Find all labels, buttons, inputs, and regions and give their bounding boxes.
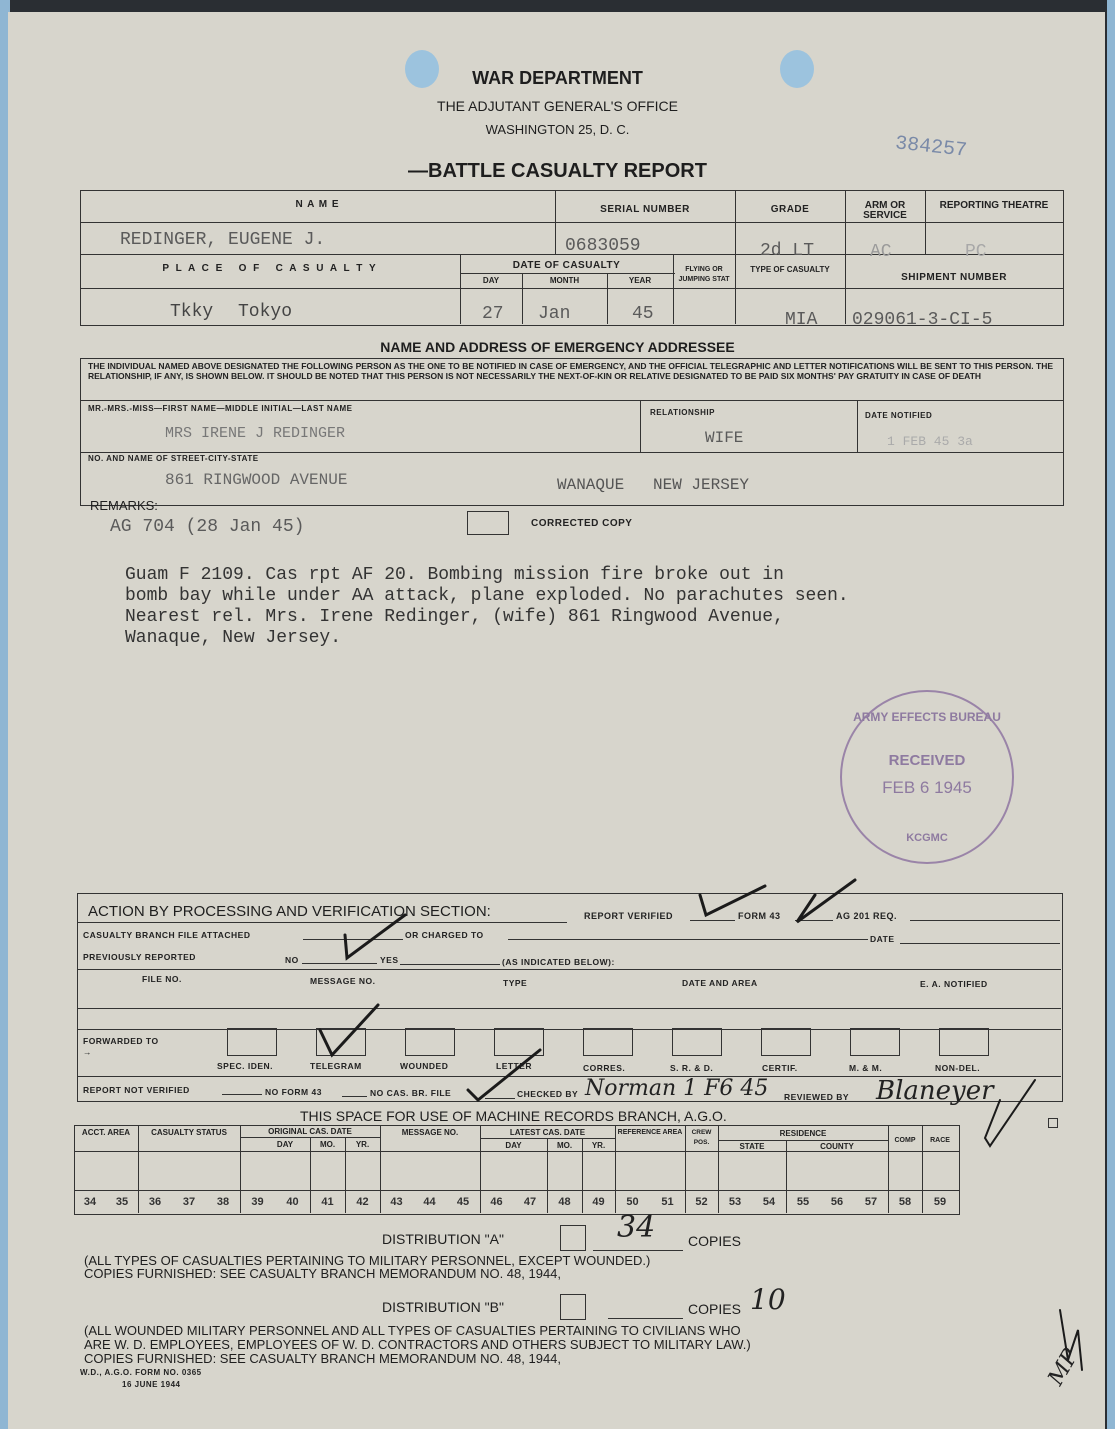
column-number: 53: [718, 1196, 752, 1208]
header-race: RACE: [922, 1136, 958, 1146]
distribution-a-furnished: COPIES FURNISHED: SEE CASUALTY BRANCH ME…: [84, 1266, 561, 1281]
column-number: 43: [380, 1196, 413, 1208]
column-number: 51: [650, 1196, 685, 1208]
column-number: 42: [345, 1196, 380, 1208]
column-number: 52: [685, 1196, 718, 1208]
distribution-b-copies-label: COPIES: [688, 1301, 741, 1317]
column-numbers-row: 34 35 36 37 38 39 40 41 42 43 44 45 46 4…: [74, 1196, 958, 1208]
distribution-b-furnished: COPIES FURNISHED: SEE CASUALTY BRANCH ME…: [84, 1351, 561, 1366]
column-number: 57: [854, 1196, 888, 1208]
subheader-state: STATE: [718, 1142, 786, 1152]
column-number: 44: [413, 1196, 446, 1208]
distribution-b-checkbox[interactable]: [560, 1294, 586, 1320]
subheader-latest-mo: MO.: [547, 1141, 582, 1151]
header-reference-area: REFERENCE AREA: [615, 1128, 685, 1138]
column-number: 58: [888, 1196, 922, 1208]
header-message-no: MESSAGE NO.: [390, 1128, 470, 1138]
column-number: 40: [275, 1196, 310, 1208]
distribution-b-note2: ARE W. D. EMPLOYEES, EMPLOYEES OF W. D. …: [84, 1337, 751, 1352]
header-casualty-status: CASUALTY STATUS: [138, 1128, 240, 1138]
header-crew-pos: CREW POS.: [685, 1128, 718, 1148]
header-comp: COMP: [888, 1136, 922, 1146]
header-acct-area: ACCT. AREA: [74, 1128, 138, 1138]
form-number: W.D., A.G.O. FORM NO. 0365: [80, 1368, 202, 1377]
small-box-marker: [1048, 1118, 1058, 1128]
column-number: 46: [480, 1196, 513, 1208]
distribution-a-label: DISTRIBUTION "A": [382, 1231, 504, 1247]
distribution-a-copies-label: COPIES: [688, 1233, 741, 1249]
column-number: 34: [74, 1196, 106, 1208]
distribution-b-label: DISTRIBUTION "B": [382, 1299, 504, 1315]
subheader-latest-day: DAY: [480, 1141, 547, 1151]
subheader-mo: MO.: [310, 1140, 345, 1150]
column-number: 37: [172, 1196, 206, 1208]
column-number: 38: [206, 1196, 240, 1208]
column-number: 49: [582, 1196, 615, 1208]
column-number: 47: [513, 1196, 547, 1208]
column-number: 54: [752, 1196, 786, 1208]
column-number: 45: [446, 1196, 480, 1208]
column-number: 41: [310, 1196, 345, 1208]
header-residence: RESIDENCE: [718, 1129, 888, 1139]
subheader-latest-yr: YR.: [582, 1141, 615, 1151]
column-number: 59: [922, 1196, 958, 1208]
subheader-day: DAY: [260, 1140, 310, 1150]
form-date: 16 JUNE 1944: [122, 1380, 180, 1389]
distribution-a-checkbox[interactable]: [560, 1225, 586, 1251]
distribution-a-copies: 34: [617, 1210, 655, 1245]
header-latest-date: LATEST CAS. DATE: [480, 1128, 615, 1138]
column-number: 48: [547, 1196, 582, 1208]
column-number: 35: [106, 1196, 138, 1208]
column-number: 36: [138, 1196, 172, 1208]
column-number: 56: [820, 1196, 854, 1208]
column-number: 39: [240, 1196, 275, 1208]
distribution-b-note1: (ALL WOUNDED MILITARY PERSONNEL AND ALL …: [84, 1323, 741, 1338]
column-number: 55: [786, 1196, 820, 1208]
machine-records-title: THIS SPACE FOR USE OF MACHINE RECORDS BR…: [300, 1108, 727, 1124]
distribution-b-copies: 10: [750, 1283, 786, 1316]
column-number: 50: [615, 1196, 650, 1208]
header-original-date: ORIGINAL CAS. DATE: [240, 1127, 380, 1137]
subheader-county: COUNTY: [786, 1142, 888, 1152]
subheader-yr: YR.: [345, 1140, 380, 1150]
